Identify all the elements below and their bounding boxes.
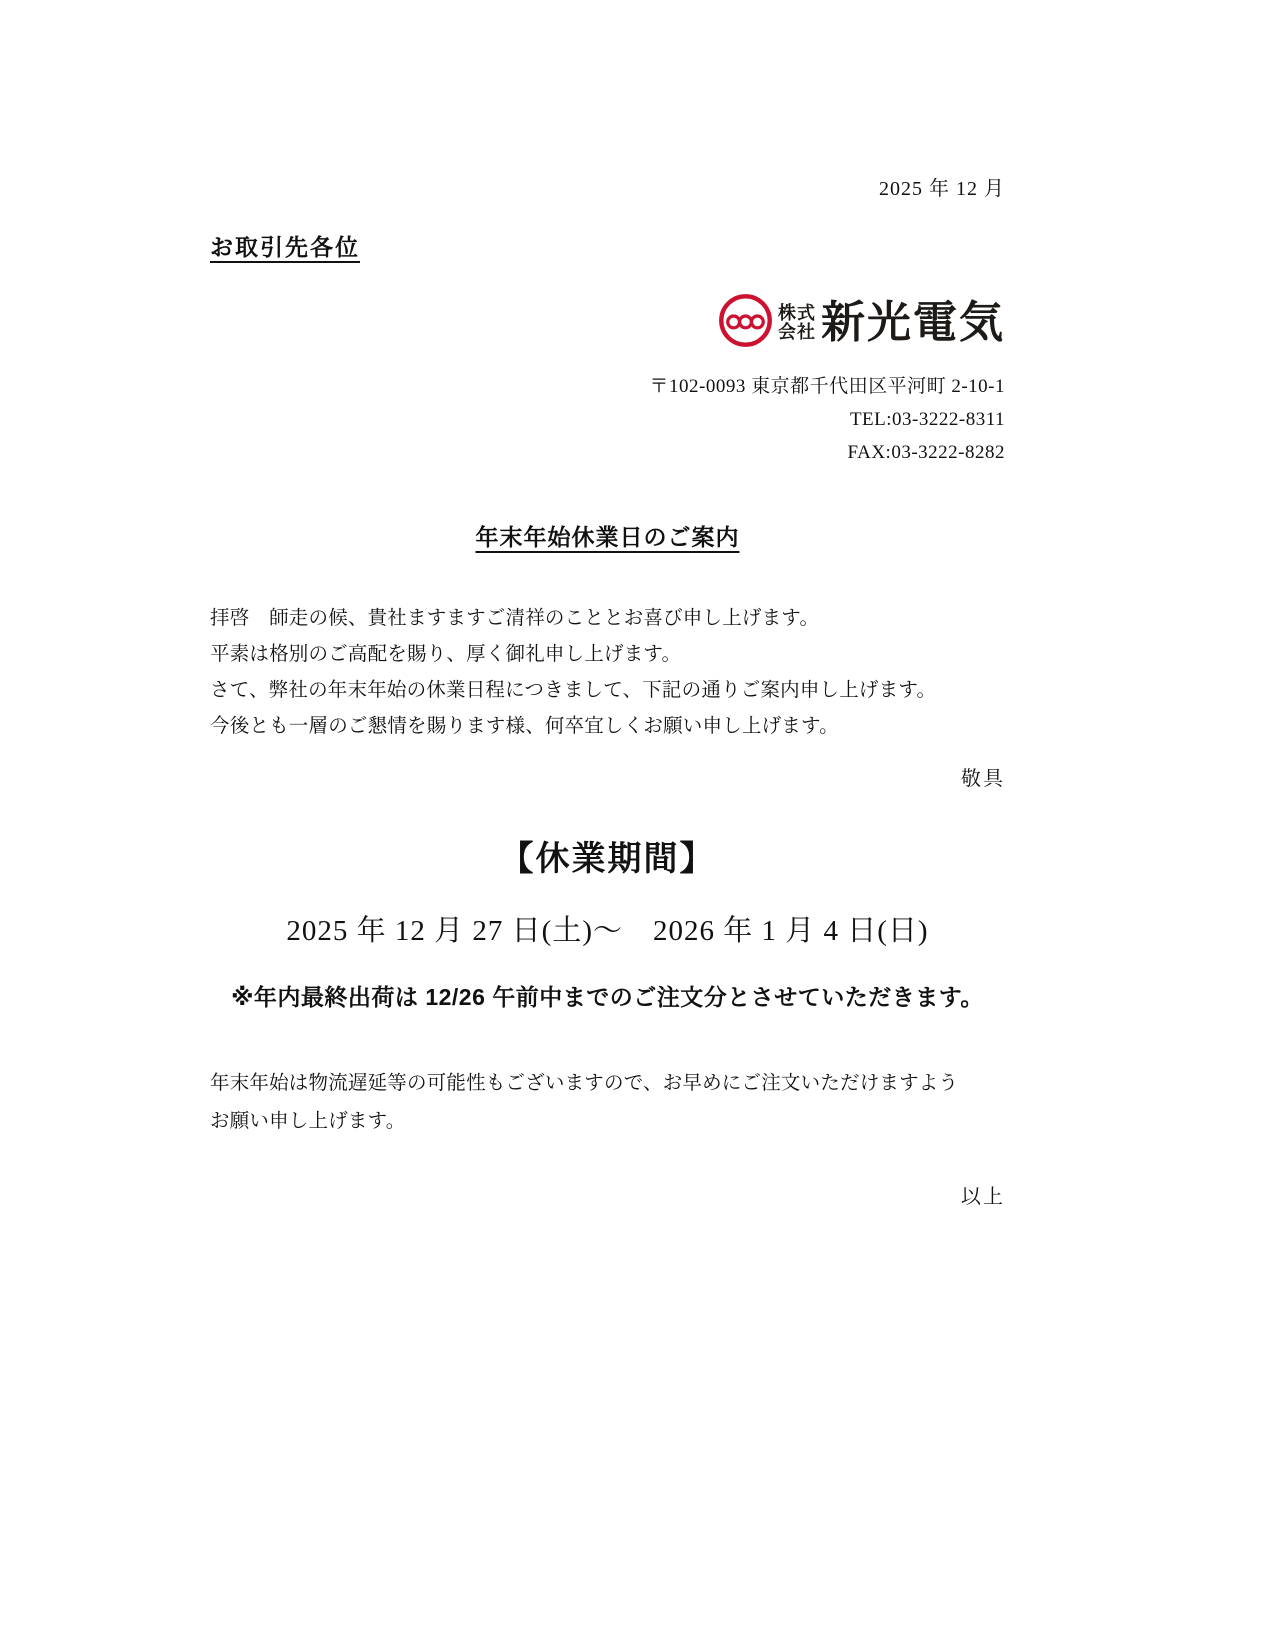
company-tel: TEL:03-3222-8311 (210, 403, 1005, 436)
coil-logo-icon (717, 292, 774, 354)
recipient-label: お取引先各位 (210, 229, 360, 262)
footer-paragraph: 年末年始は物流遅延等の可能性もございますので、お早めにご注文いただけますよう お… (210, 1064, 1005, 1140)
logo-prefix-bottom: 会社 (778, 323, 816, 342)
body-line: さて、弊社の年末年始の休業日程につきまして、下記の通りご案内申し上げます。 (210, 672, 1005, 708)
body-line: 拝啓 師走の候、貴社ますますご清祥のこととお喜び申し上げます。 (210, 600, 1005, 636)
end-mark-ijou: 以上 (210, 1180, 1005, 1209)
holiday-period-dates: 2025 年 12 月 27 日(土)～ 2026 年 1 月 4 日(日) (210, 908, 1005, 949)
body-line: 平素は格別のご高配を賜り、厚く御礼申し上げます。 (210, 636, 1005, 672)
company-name: 新光電気 (821, 301, 1005, 345)
title-row: 年末年始休業日のご案内 (210, 519, 1005, 552)
closing-keigu: 敬具 (210, 762, 1005, 791)
body-line: 今後とも一層のご懇情を賜ります様、何卒宜しくお願い申し上げます。 (210, 708, 1005, 744)
document-date: 2025 年 12 月 (210, 172, 1005, 201)
logo-prefix-top: 株式 (778, 304, 816, 323)
company-logo: 株式 会社 新光電気 (210, 292, 1005, 354)
last-shipment-note: ※年内最終出荷は 12/26 午前中までのご注文分とさせていただきます。 (210, 979, 1005, 1012)
company-fax: FAX:03-3222-8282 (210, 436, 1005, 469)
document-title: 年末年始休業日のご案内 (476, 519, 740, 552)
recipient-row: お取引先各位 (210, 201, 1005, 262)
logo-prefix-kabushiki-kaisha: 株式 会社 (778, 304, 816, 342)
footer-line: お願い申し上げます。 (210, 1102, 1005, 1140)
company-contact-block: 〒102-0093 東京都千代田区平河町 2-10-1 TEL:03-3222-… (210, 370, 1005, 469)
body-paragraph: 拝啓 師走の候、貴社ますますご清祥のこととお喜び申し上げます。 平素は格別のご高… (210, 600, 1005, 744)
company-address: 〒102-0093 東京都千代田区平河町 2-10-1 (210, 370, 1005, 403)
holiday-period-heading: 【休業期間】 (210, 831, 1005, 880)
footer-line: 年末年始は物流遅延等の可能性もございますので、お早めにご注文いただけますよう (210, 1064, 1005, 1102)
letter-page: 2025 年 12 月 お取引先各位 株式 会社 新光電気 〒102-0093 … (0, 0, 1275, 1650)
